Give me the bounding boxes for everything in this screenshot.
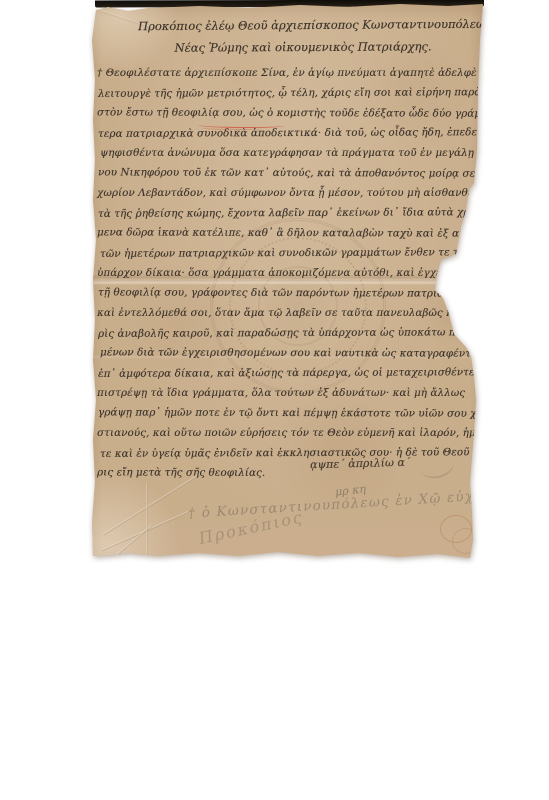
handwritten-line: ψηφισθέντα ἀνώνυμα ὅσα κατεγράφησαν τὰ π… (97, 143, 489, 163)
page-background: Προκόπιος ἐλέῳ Θεοῦ ἀρχιεπίσκοπος Κωνστα… (0, 0, 549, 800)
crease-line (146, 482, 148, 556)
handwritten-line: ρὶς ἀναβολῆς καιροῦ, καὶ παραδώσῃς τὰ ὑπ… (97, 322, 489, 344)
red-ink-underline (198, 123, 284, 129)
handwritten-line: τὰ τῆς ῥηθείσης κώμης, ἔχοντα λαβεῖν παρ… (97, 202, 489, 224)
letter-body: † Θεοφιλέστατε ἀρχιεπίσκοπε Σίνα, ἐν ἁγί… (97, 63, 489, 483)
handwritten-line: νου Νικηφόρου τοῦ ἐκ τῶν κατ᾽ αὐτούς, κα… (97, 162, 489, 183)
letter-heading-line-1: Προκόπιος ἐλέῳ Θεοῦ ἀρχιεπίσκοπος Κωνστα… (138, 17, 468, 33)
handwritten-line: τῇ θεοφιλίᾳ σου, γράφοντες διὰ τῶν παρόν… (97, 282, 489, 303)
handwritten-line: μενα δῶρα ἱκανὰ κατέλιπε, καθ᾽ ἃ δῆλον κ… (97, 222, 489, 243)
handwritten-line: χωρίον Λεβαντάδον, καὶ σύμφωνον ὄντα ᾗ μ… (97, 183, 489, 203)
handwritten-line: στὸν ἔστω τῇ θεοφιλίᾳ σου, ὡς ὁ κομιστὴς… (97, 102, 489, 123)
letter-paper: Προκόπιος ἐλέῳ Θεοῦ ἀρχιεπίσκοπος Κωνστα… (88, 2, 486, 562)
handwritten-line: στιανούς, καὶ οὕτω ποιῶν εὑρήσεις τόν τε… (97, 423, 489, 443)
stain-ring (452, 528, 480, 554)
handwritten-line: καὶ ἐντελλόμεθά σοι, ὅταν ἅμα τῷ λαβεῖν … (97, 303, 489, 323)
letter-paper-shadow: Προκόπιος ἐλέῳ Θεοῦ ἀρχιεπίσκοπος Κωνστα… (0, 0, 549, 800)
handwritten-line: † Θεοφιλέστατε ἀρχιεπίσκοπε Σίνα, ἐν ἁγί… (97, 63, 489, 83)
letter-heading-line-2: Νέας Ῥώμης καὶ οἰκουμενικὸς Πατριάρχης. (138, 39, 468, 55)
handwritten-line: πιστρέψῃ τὰ ἴδια γράμματα, ὅλα τούτων ἐξ… (97, 383, 489, 403)
handwritten-line: τῶν ἡμετέρων πατριαρχικῶν καὶ συνοδικῶν … (97, 242, 489, 264)
handwritten-line: λειτουργὲ τῆς ἡμῶν μετριότητος, ᾧ τέλη, … (97, 82, 489, 104)
handwritten-line: τερα πατριαρχικὰ συνοδικὰ ἀποδεικτικά· δ… (97, 122, 489, 144)
date-line: ᾳψπε΄ ἀπριλίω α΄ (310, 456, 411, 472)
handwritten-line: γράψῃ παρ᾽ ἡμῶν ποτε ἐν τῷ ὄντι καὶ πέμψ… (97, 402, 489, 423)
handwritten-line: μένων διὰ τῶν ἐγχειρισθησομένων σου καὶ … (97, 342, 489, 363)
handwritten-line: ὑπάρχον δίκαια· ὅσα γράμματα ἀποκομιζόμε… (97, 263, 489, 283)
handwritten-line: ἐπ᾽ ἀμφότερα δίκαια, καὶ ἀξιώσῃς τὰ πάρε… (97, 362, 489, 384)
